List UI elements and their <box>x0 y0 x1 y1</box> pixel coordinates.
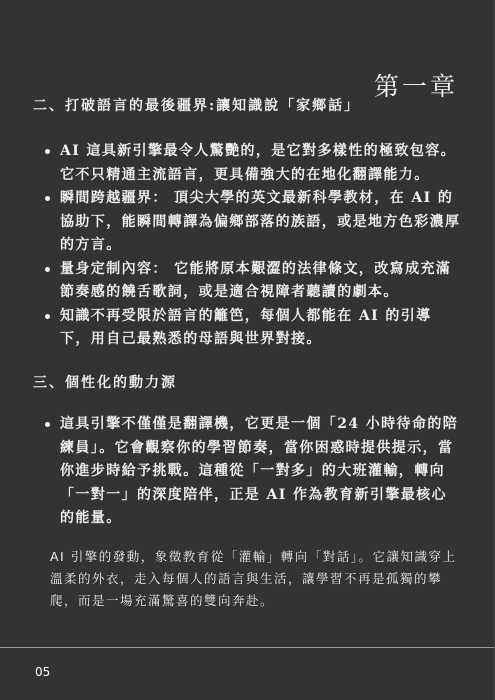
bullet-list-personalization: 這具引擎不僅僅是翻譯機，它更是一個「24 小時待命的陪練員」。它會觀察你的學習節… <box>44 413 462 531</box>
list-item-text: 這具引擎不僅僅是翻譯機，它更是一個「24 小時待命的陪練員」。它會觀察你的學習節… <box>60 416 458 526</box>
section-heading-personalized-power: 三、個性化的動力源 <box>33 372 177 392</box>
list-item: 瞬間跨越疆界： 頂尖大學的英文最新科學教材，在 AI 的協助下，能瞬間轉譯為偏鄉… <box>44 187 462 258</box>
list-item: 量身定制內容： 它能將原本艱澀的法律條文，改寫成充滿節奏感的饒舌歌詞，或是適合視… <box>44 258 462 305</box>
list-item: 知識不再受限於語言的籬笆，每個人都能在 AI 的引導下，用自己最熟悉的母語與世界… <box>44 305 462 352</box>
list-item-text: 知識不再受限於語言的籬笆，每個人都能在 AI 的引導下，用自己最熟悉的母語與世界… <box>60 308 432 348</box>
bullet-icon <box>45 314 50 319</box>
page-number: 05 <box>35 665 50 679</box>
bullet-icon <box>45 422 50 427</box>
footer-divider <box>0 647 494 648</box>
document-page: 第一章 二、打破語言的最後疆界:讓知識說「家鄉話」 AI 這具新引擎最令人驚艷的… <box>0 0 495 700</box>
chapter-title: 第一章 <box>374 67 458 103</box>
list-item-text: AI 這具新引擎最令人驚艷的，是它對多樣性的極致包容。它不只精通主流語言，更具備… <box>60 143 456 183</box>
section-heading-breaking-language-barriers: 二、打破語言的最後疆界:讓知識說「家鄉話」 <box>33 95 360 115</box>
bullet-icon <box>45 267 50 272</box>
bullet-icon <box>45 149 50 154</box>
list-item-text: 量身定制內容： 它能將原本艱澀的法律條文，改寫成充滿節奏感的饒舌歌詞，或是適合視… <box>60 261 451 301</box>
list-item-text: 瞬間跨越疆界： 頂尖大學的英文最新科學教材，在 AI 的協助下，能瞬間轉譯為偏鄉… <box>60 190 460 253</box>
bullet-list-language: AI 這具新引擎最令人驚艷的，是它對多樣性的極致包容。它不只精通主流語言，更具備… <box>44 140 462 352</box>
list-item: 這具引擎不僅僅是翻譯機，它更是一個「24 小時待命的陪練員」。它會觀察你的學習節… <box>44 413 462 531</box>
summary-paragraph: AI 引擎的發動，象徵教育從「灌輸」轉向「對話」。它讓知識穿上溫柔的外衣，走入每… <box>50 546 460 612</box>
bullet-icon <box>45 196 50 201</box>
list-item: AI 這具新引擎最令人驚艷的，是它對多樣性的極致包容。它不只精通主流語言，更具備… <box>44 140 462 187</box>
